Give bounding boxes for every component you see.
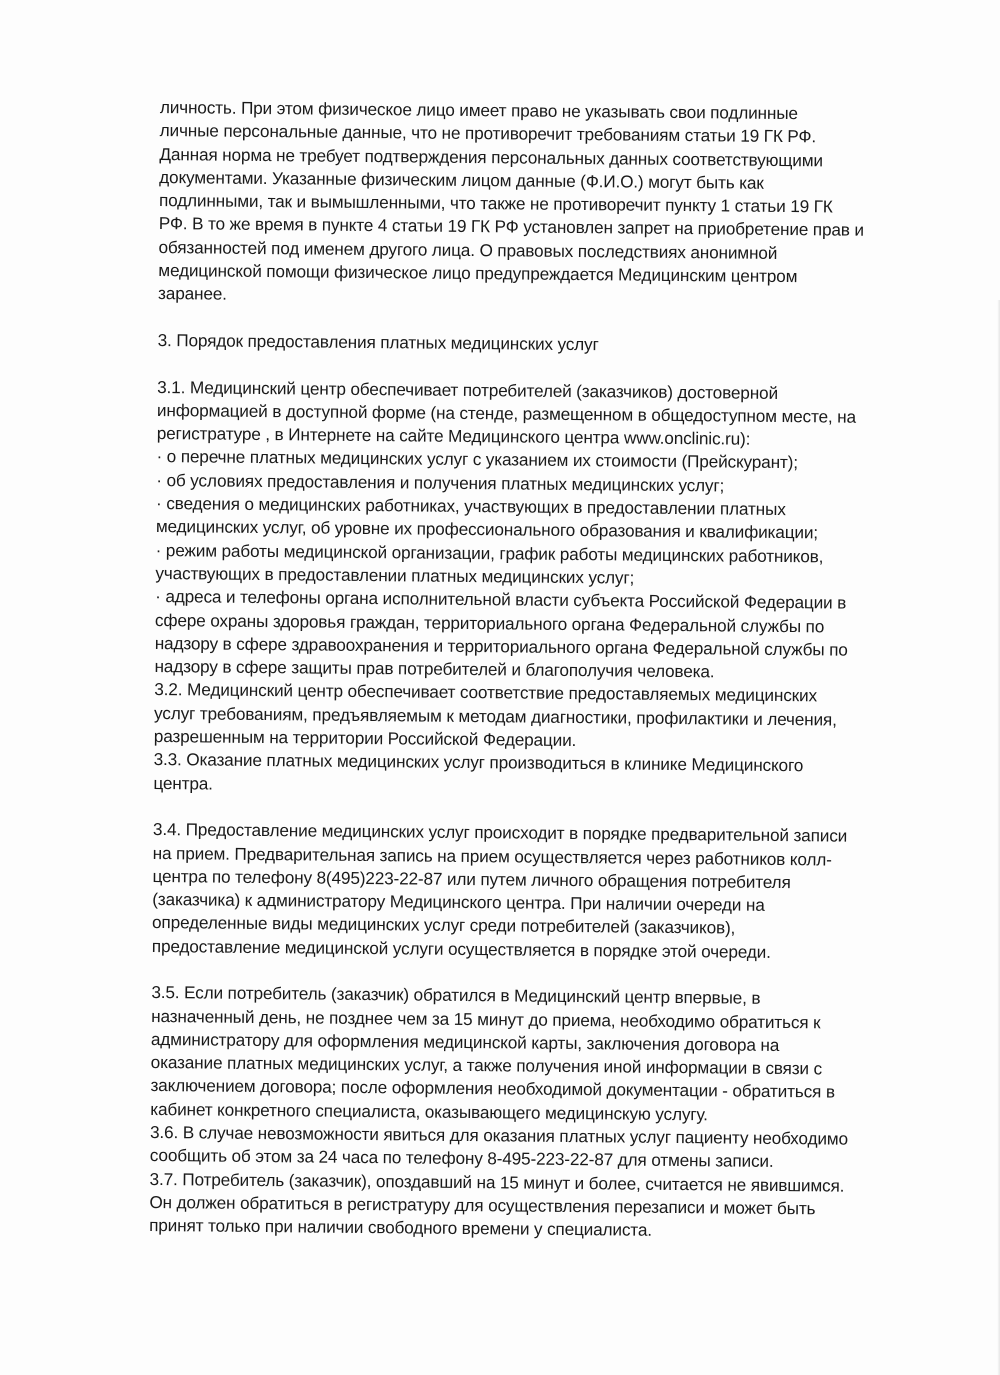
clause-3-4: 3.4. Предоставление медицинских услуг пр… [152,818,933,965]
document-body: личность. При этом физическое лицо имеет… [149,96,940,1245]
clauses-3-1-to-3-3: 3.1. Медицинский центр обеспечивает потр… [153,376,937,803]
clauses-3-5-to-3-7: 3.5. Если потребитель (заказчик) обратил… [149,981,931,1245]
scanned-page: личность. При этом физическое лицо имеет… [0,0,1000,1375]
intro-paragraph: личность. При этом физическое лицо имеет… [158,96,940,313]
